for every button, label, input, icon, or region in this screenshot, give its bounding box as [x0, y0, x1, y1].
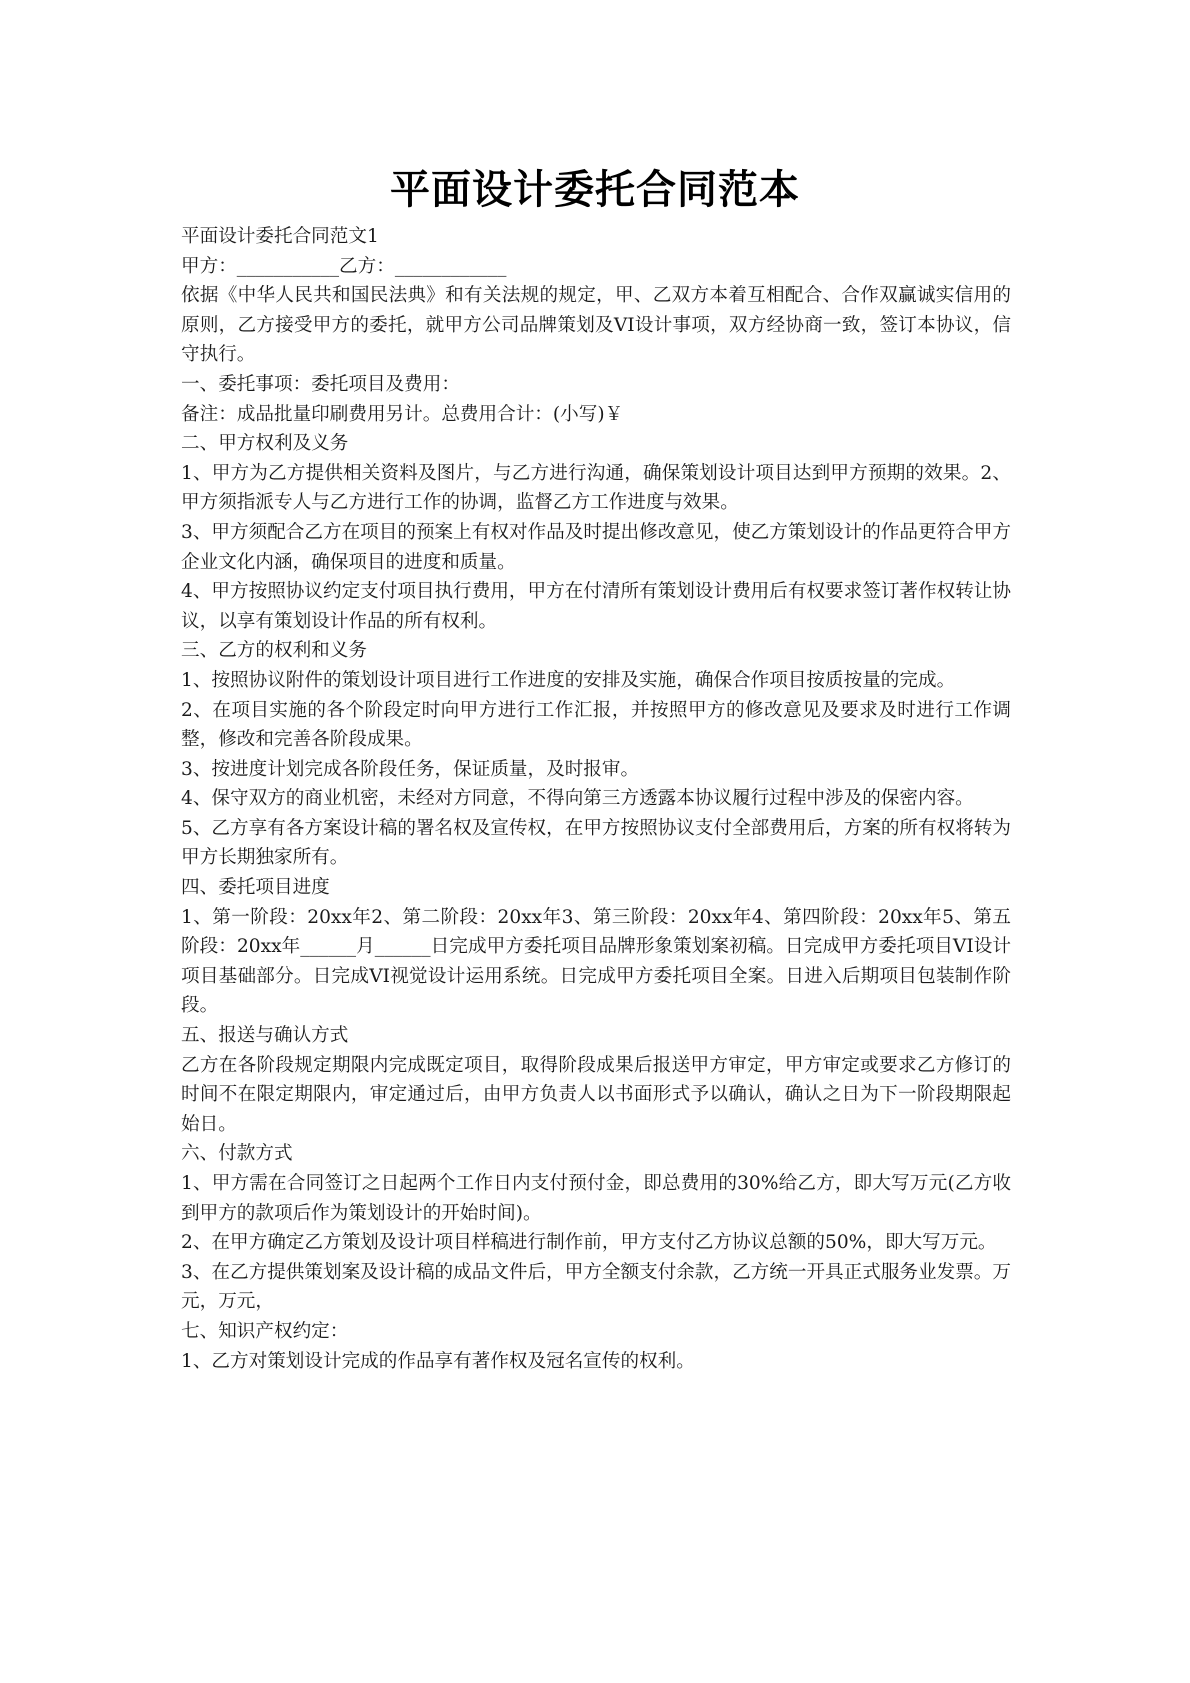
paragraph: 3、按进度计划完成各阶段任务，保证质量，及时报审。 — [181, 755, 1011, 785]
paragraph: 2、在甲方确定乙方策划及设计项目样稿进行制作前，甲方支付乙方协议总额的50%，即… — [181, 1228, 1011, 1258]
parties-line: 甲方：___________乙方：____________ — [181, 252, 1011, 282]
section-heading: 四、委托项目进度 — [181, 873, 1011, 903]
section-heading: 二、甲方权利及义务 — [181, 429, 1011, 459]
section-heading: 六、付款方式 — [181, 1139, 1011, 1169]
section-heading: 七、知识产权约定： — [181, 1317, 1011, 1347]
paragraph: 1、第一阶段：20xx年2、第二阶段：20xx年3、第三阶段：20xx年4、第四… — [181, 903, 1011, 1021]
section-heading: 三、乙方的权利和义务 — [181, 636, 1011, 666]
preamble-paragraph: 依据《中华人民共和国民法典》和有关法规的规定，甲、乙双方本着互相配合、合作双赢诚… — [181, 281, 1011, 370]
paragraph: 1、甲方需在合同签订之日起两个工作日内支付预付金，即总费用的30%给乙方，即大写… — [181, 1169, 1011, 1228]
paragraph: 乙方在各阶段规定期限内完成既定项目，取得阶段成果后报送甲方审定，甲方审定或要求乙… — [181, 1051, 1011, 1140]
document-title: 平面设计委托合同范本 — [0, 162, 1190, 218]
paragraph: 4、保守双方的商业机密，未经对方同意，不得向第三方透露本协议履行过程中涉及的保密… — [181, 784, 1011, 814]
paragraph: 1、按照协议附件的策划设计项目进行工作进度的安排及实施，确保合作项目按质按量的完… — [181, 666, 1011, 696]
paragraph: 3、在乙方提供策划案及设计稿的成品文件后，甲方全额支付余款，乙方统一开具正式服务… — [181, 1258, 1011, 1317]
document-body: 平面设计委托合同范文1 甲方：___________乙方：___________… — [181, 222, 1011, 1376]
paragraph: 2、在项目实施的各个阶段定时向甲方进行工作汇报，并按照甲方的修改意见及要求及时进… — [181, 696, 1011, 755]
paragraph: 5、乙方享有各方案设计稿的署名权及宣传权，在甲方按照协议支付全部费用后，方案的所… — [181, 814, 1011, 873]
paragraph: 1、乙方对策划设计完成的作品享有著作权及冠名宣传的权利。 — [181, 1347, 1011, 1377]
paragraph: 备注：成品批量印刷费用另计。总费用合计：(小写)￥ — [181, 400, 1011, 430]
document-page: 平面设计委托合同范本 平面设计委托合同范文1 甲方：___________乙方：… — [0, 0, 1190, 1683]
section-heading: 一、委托事项：委托项目及费用： — [181, 370, 1011, 400]
section-heading: 五、报送与确认方式 — [181, 1021, 1011, 1051]
paragraph: 3、甲方须配合乙方在项目的预案上有权对作品及时提出修改意见，使乙方策划设计的作品… — [181, 518, 1011, 577]
subtitle: 平面设计委托合同范文1 — [181, 222, 1011, 252]
paragraph: 1、甲方为乙方提供相关资料及图片，与乙方进行沟通，确保策划设计项目达到甲方预期的… — [181, 459, 1011, 518]
paragraph: 4、甲方按照协议约定支付项目执行费用，甲方在付清所有策划设计费用后有权要求签订著… — [181, 577, 1011, 636]
